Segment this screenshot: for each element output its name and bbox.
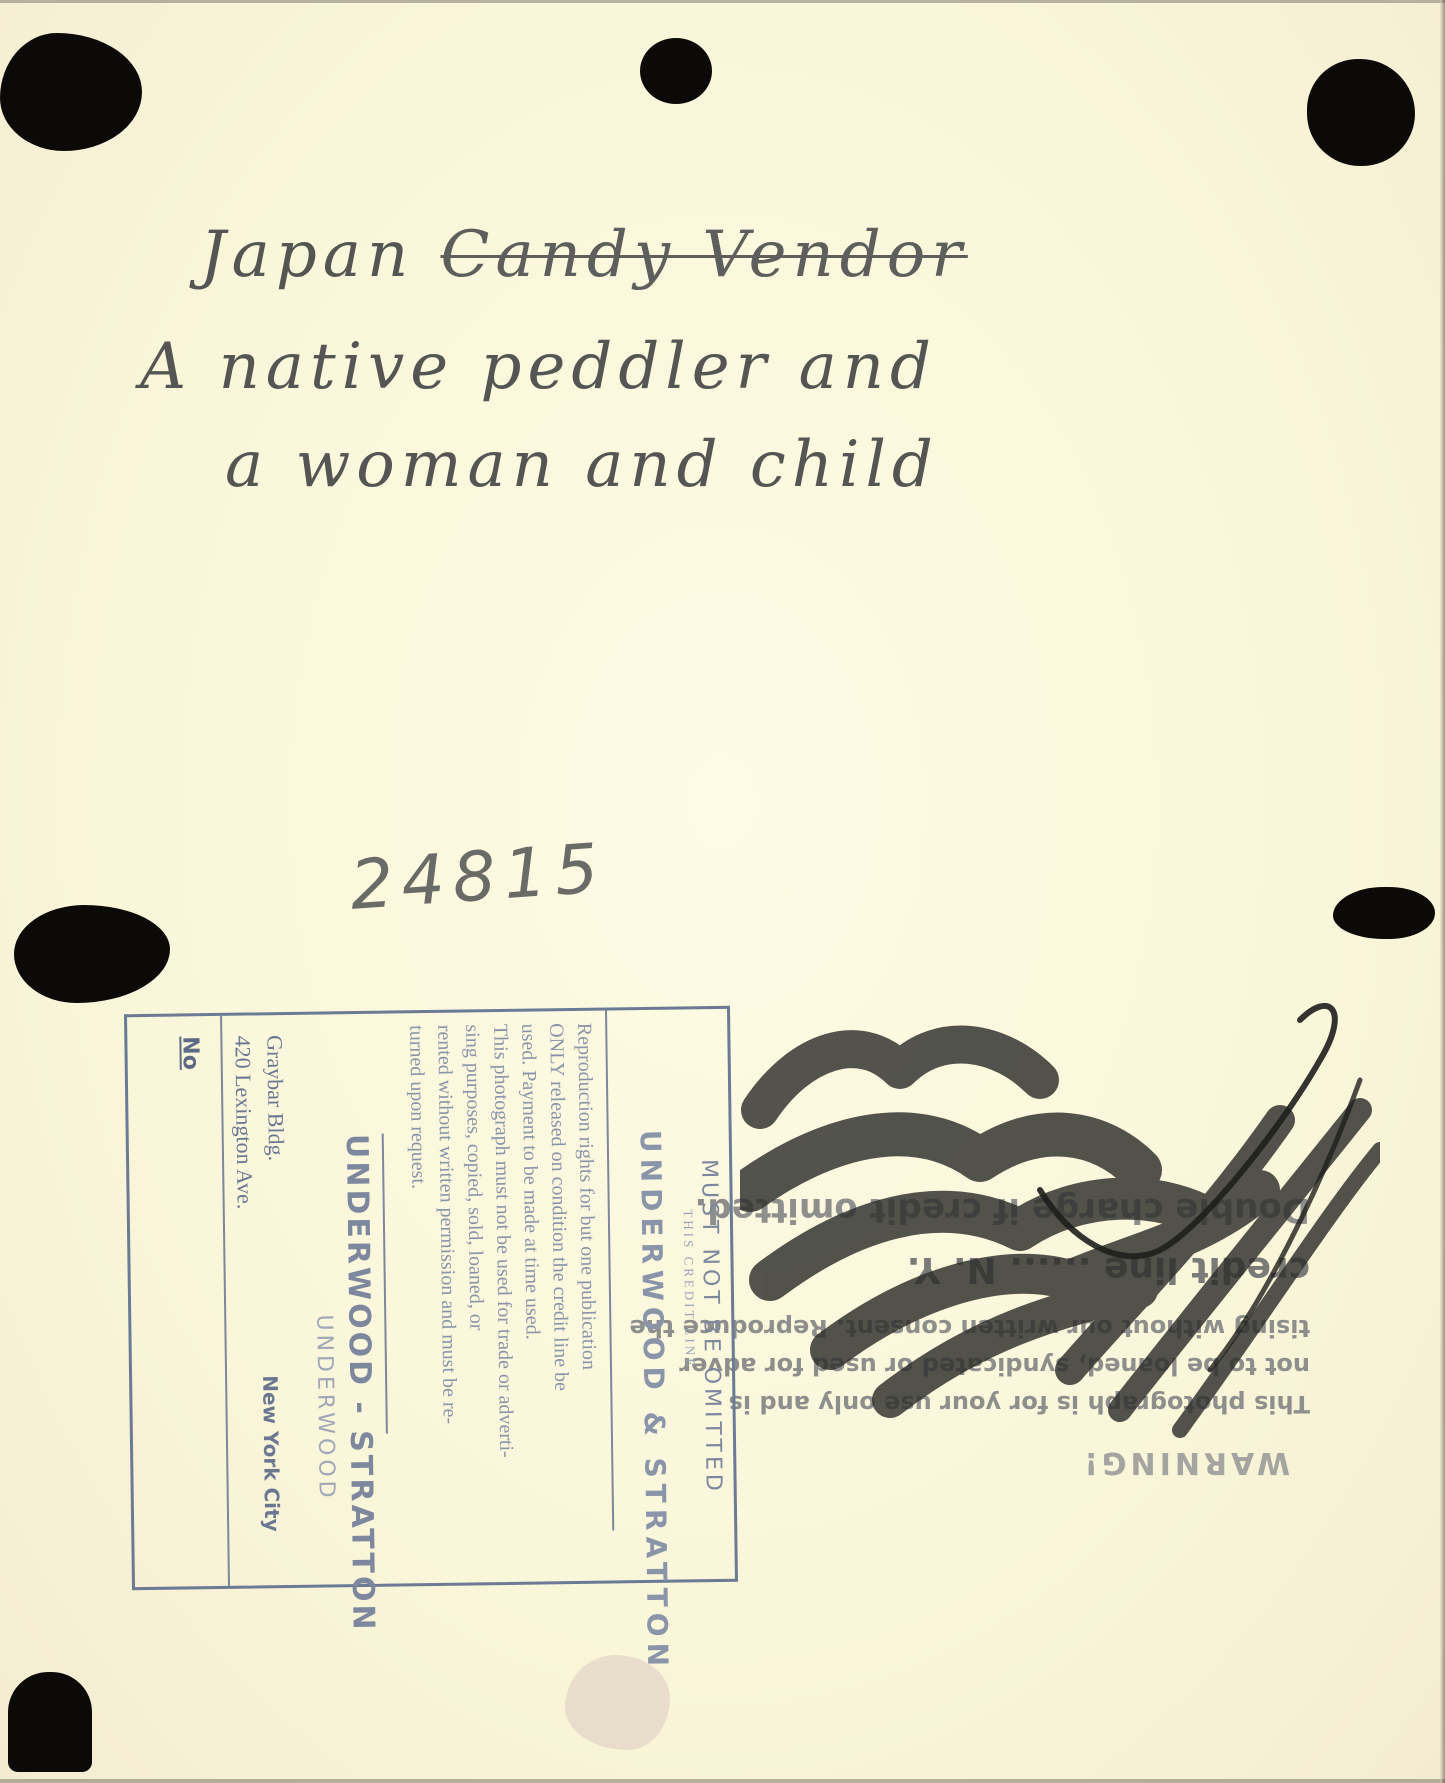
photo-back-card: Japan Candy Vendor A native peddler and … (0, 0, 1445, 1783)
credit-stamp: MUST NOT BE OMITTED THIS CREDIT LINE UND… (124, 1006, 738, 1590)
warning-title: WARNING! (1080, 1445, 1290, 1480)
stamp-body-5: sing purposes, copied, sold, loaned, or (460, 1024, 487, 1330)
caption-line-1: Japan Candy Vendor (200, 218, 968, 292)
stamp-rule-mid (382, 1134, 388, 1434)
caption-line-2: A native peddler and (140, 330, 937, 404)
stamp-body-7: turned upon request. (404, 1025, 429, 1189)
blot-mid-right (1333, 887, 1435, 939)
stamp-rule-bottom (220, 1016, 230, 1586)
stamp-body-4: This photograph must not be used for tra… (488, 1024, 517, 1458)
stamp-agency-top: UNDERWOOD & STRATTON (634, 1130, 675, 1673)
credit-stamp-content: MUST NOT BE OMITTED THIS CREDIT LINE UND… (127, 1009, 735, 1587)
stamp-rule-top (605, 1011, 614, 1531)
stamp-agency-sub: UNDERWOOD (311, 1314, 339, 1501)
blot-top-center (640, 38, 712, 104)
stamp-body-1: Reproduction rights for but one publicat… (572, 1023, 600, 1370)
stamp-body-6: rented without written permission and mu… (432, 1025, 461, 1425)
bottom-edge (0, 1779, 1445, 1783)
caption-country: Japan (200, 218, 414, 292)
stamp-body-3: used. Payment to be made at time used. (516, 1023, 543, 1339)
blot-top-right (1307, 59, 1415, 166)
stamp-address-1: Graybar Bldg. (261, 1035, 289, 1161)
stamp-number-label: No (177, 1036, 202, 1070)
blot-bottom-left (8, 1672, 92, 1772)
stamp-agency: UNDERWOOD - STRATTON (339, 1134, 381, 1633)
caption-struck-text: Candy Vendor (441, 218, 968, 292)
blot-top-left (0, 33, 142, 151)
catalog-number: 24815 (348, 829, 609, 926)
stamp-city: New York City (258, 1375, 284, 1532)
stamp-credit-line: THIS CREDIT LINE (680, 1209, 698, 1369)
top-edge (0, 0, 1445, 3)
right-edge (1440, 0, 1445, 1783)
pencil-scribble (740, 990, 1380, 1450)
caption-line-3: a woman and child (225, 428, 939, 502)
stamp-must-not-be-omitted: MUST NOT BE OMITTED (696, 1159, 726, 1495)
blot-mid-left (14, 905, 170, 1003)
stamp-address-2: 420 Lexington Ave. (229, 1035, 257, 1209)
stamp-body-2: ONLY released on condition the credit li… (544, 1023, 572, 1391)
